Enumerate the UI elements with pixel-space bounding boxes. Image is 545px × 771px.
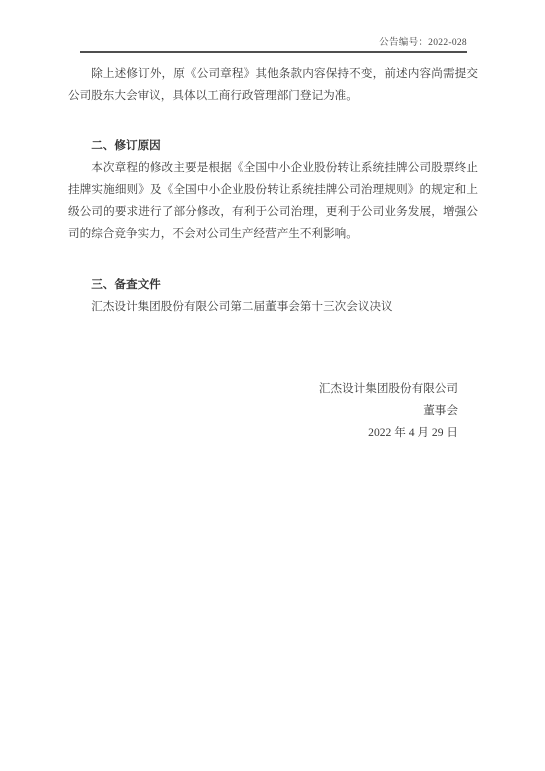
section2-paragraph: 本次章程的修改主要是根据《全国中小企业股份转让系统挂牌公司股票终止挂牌实施细则》… xyxy=(68,157,478,245)
announcement-header: 公告编号：2022-028 xyxy=(80,37,467,53)
document-page: 公告编号：2022-028 除上述修订外，原《公司章程》其他条款内容保持不变，前… xyxy=(0,0,545,771)
intro-paragraph: 除上述修订外，原《公司章程》其他条款内容保持不变，前述内容尚需提交公司股东大会审… xyxy=(68,63,478,107)
signature-block: 汇杰设计集团股份有限公司 董事会 2022 年 4 月 29 日 xyxy=(68,378,478,444)
document-body: 除上述修订外，原《公司章程》其他条款内容保持不变，前述内容尚需提交公司股东大会审… xyxy=(68,52,478,444)
section3-paragraph: 汇杰设计集团股份有限公司第二届董事会第十三次会议决议 xyxy=(68,296,478,318)
signature-date: 2022 年 4 月 29 日 xyxy=(68,422,458,444)
signature-company: 汇杰设计集团股份有限公司 xyxy=(68,378,458,400)
announcement-number: 公告编号：2022-028 xyxy=(379,38,467,48)
section3-heading: 三、备查文件 xyxy=(68,274,478,296)
section2-heading: 二、修订原因 xyxy=(68,135,478,157)
signature-issuer: 董事会 xyxy=(68,400,458,422)
